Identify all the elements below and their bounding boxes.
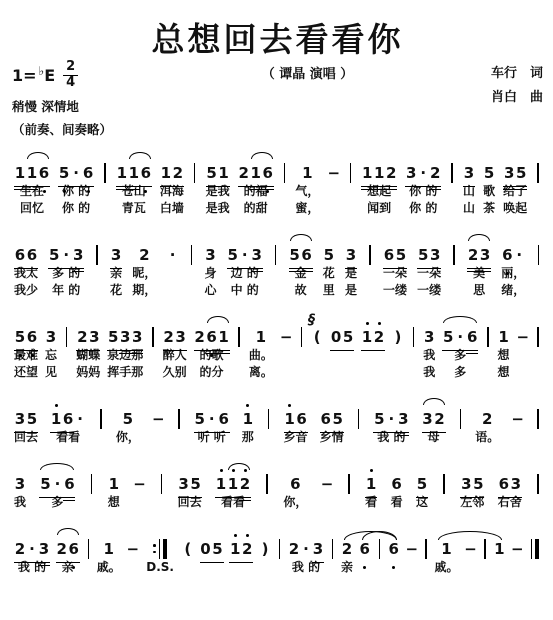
underline-beam (503, 186, 527, 187)
barline-thin (358, 409, 360, 429)
barline (369, 245, 371, 299)
barline-single (358, 409, 360, 429)
note-char: 5 (289, 245, 301, 265)
barline (531, 539, 539, 576)
barline-single (238, 327, 240, 347)
note-char: 5 (26, 409, 38, 429)
note-char: 1 (242, 409, 254, 429)
underline-beam (463, 186, 475, 187)
note-char: ) (259, 539, 271, 559)
note-chars: 56 (289, 245, 313, 265)
barline (96, 245, 98, 299)
notes-row (379, 539, 381, 559)
barline-single (443, 474, 445, 494)
note-char: 3 (72, 245, 84, 265)
note-chars: 35 (460, 474, 484, 494)
underline-beam (466, 353, 478, 354)
note-group: 1想 (108, 474, 120, 511)
segno-icon: § (308, 310, 315, 330)
note-group: 3我我 (423, 327, 435, 381)
notes-row: 216 (238, 163, 274, 183)
note-char: 2 (172, 163, 184, 183)
note-group: − (280, 327, 292, 381)
notes-row: 2 (341, 539, 353, 559)
barline-thin (443, 474, 445, 494)
barline (238, 327, 240, 381)
underline-beam (56, 562, 80, 563)
note-char: 5 (417, 245, 429, 265)
note-chars: − (152, 409, 164, 429)
tie-arc (438, 531, 502, 540)
underline-beam (215, 497, 251, 498)
note-group: 65一朵一缕 (383, 245, 407, 299)
note-group: 05 (200, 539, 224, 576)
underline-beam (107, 350, 143, 351)
notes-row: 3 (204, 245, 216, 265)
note-group: 2·3我 的 (14, 539, 50, 576)
barline-thin (369, 245, 371, 265)
note-chars: − (133, 474, 145, 494)
note-chars: − (327, 163, 339, 183)
barline-single (332, 539, 334, 559)
underline-beam (251, 271, 263, 272)
notes-row: 5·6 (39, 474, 75, 494)
note-char: 5 (442, 327, 454, 347)
barline-single (100, 409, 102, 429)
note-char: 1 (116, 163, 128, 183)
note-char: ) (392, 327, 404, 347)
note-char: − (511, 539, 523, 559)
note-group: 1曲。离。 (249, 327, 273, 381)
lyric-syllable: 思 (473, 282, 485, 299)
lyric-syllable: 挥手那 (107, 364, 143, 381)
note-char: 1 (128, 163, 140, 183)
note-chars: 5·6 (39, 474, 75, 494)
lyric-syllable: 你， (116, 429, 140, 446)
octave-dot-low (392, 566, 395, 569)
note-chars: 26 (56, 539, 80, 559)
note-char: · (60, 245, 72, 265)
underline-beam (383, 268, 407, 269)
note-char: 0 (200, 539, 212, 559)
note-group: − (406, 539, 418, 576)
note-group: − (152, 409, 164, 446)
barline (358, 409, 360, 446)
notes-row: − (464, 539, 476, 559)
octave-dot-low (72, 566, 75, 569)
notes-row: 1 (255, 327, 267, 347)
note-char: · (239, 245, 251, 265)
note-char: 6 (140, 163, 152, 183)
notes-row (238, 327, 240, 347)
slur-arc (129, 152, 151, 159)
note-char: 3 (423, 327, 435, 347)
barline-thick (163, 539, 167, 559)
underline-beam (289, 271, 313, 272)
note-chars: 12 (229, 539, 253, 559)
notes-row: 2·3 (14, 539, 50, 559)
barline-repeat (153, 539, 167, 559)
note-group: 3山山 (463, 163, 475, 217)
notes-row: 35 (460, 474, 484, 494)
note-char: 1 (373, 163, 385, 183)
octave-dot-low (31, 354, 34, 357)
note-chars: 66 (14, 245, 38, 265)
notes-row: 6· (501, 245, 525, 265)
note-group: 216的福的甜 (238, 163, 274, 217)
barline-single (275, 245, 277, 265)
barline (178, 409, 180, 446)
note-chars: 116 (14, 163, 50, 183)
underline-beam (397, 435, 409, 436)
notes-row (350, 163, 352, 183)
underline-beam (58, 186, 94, 187)
barline-thin (451, 163, 453, 183)
underline-beam (498, 497, 522, 498)
barline-thin (537, 474, 539, 494)
note-char: · (513, 245, 525, 265)
note-group: 116苍山青瓦 (116, 163, 152, 217)
note-group: ( (182, 539, 194, 576)
sheet-music-page: { "header": { "title": "总想回去看看你", "subti… (0, 0, 553, 620)
underline-beam (76, 350, 100, 351)
underline-beam (227, 268, 263, 269)
note-char: 3 (397, 409, 409, 429)
barline-thin (178, 409, 180, 429)
underline-beam (178, 497, 202, 498)
note-char: 3 (131, 327, 143, 347)
barline-single (537, 474, 539, 494)
notes-row: 116 (116, 163, 152, 183)
lyric-syllable: 心 (204, 282, 216, 299)
notes-row (460, 409, 462, 429)
notes-row (538, 245, 540, 265)
notes-row: 05 (330, 327, 354, 347)
notes-row (191, 245, 193, 265)
lyric-syllable: 山 (463, 200, 475, 217)
underline-beam (160, 186, 184, 187)
notes-row: 1 (301, 163, 313, 183)
notes-row (104, 163, 106, 183)
note-chars: 56 (14, 327, 38, 347)
song-title: 总想回去看看你 (12, 22, 543, 58)
notes-row: 65 (320, 409, 344, 429)
note-char: 6 (289, 474, 301, 494)
lyric-syllable: 花 (110, 282, 122, 299)
barline-thin (537, 327, 539, 347)
note-group: ) (259, 539, 271, 576)
barline-thin (350, 163, 352, 183)
note-chars: 1 (441, 539, 453, 559)
note-group: 261的歌的分 (194, 327, 230, 381)
note-chars: 65 (383, 245, 407, 265)
note-char: 6 (26, 245, 38, 265)
note-group: 63右舍 (498, 474, 522, 511)
key-signature: 1=♭E 2 4 (12, 60, 182, 90)
barline-single (161, 474, 163, 494)
note-chars: 05 (200, 539, 224, 559)
note-char: 6 (206, 327, 218, 347)
lyric-syllable: 绪， (501, 282, 525, 299)
note-chars: 12 (361, 327, 385, 347)
barline (100, 409, 102, 446)
note-chars: 23 (467, 245, 491, 265)
notes-row (268, 409, 270, 429)
note-chars: (§ (311, 327, 323, 347)
note-char: 1 (218, 163, 230, 183)
lyricist: 车行 词 (433, 62, 543, 85)
note-chars: 2 (138, 245, 150, 265)
note-group: 3·2你 的你 的 (405, 163, 441, 217)
barline-single (152, 327, 154, 347)
lyric-syllable: 故 (295, 282, 307, 299)
notes-row: 3 (463, 163, 475, 183)
note-char: 6 (383, 245, 395, 265)
underline-beam (48, 268, 84, 269)
lyric-syllable: 年 的 (52, 282, 80, 299)
note-char: 2 (341, 539, 353, 559)
notes-row: 23 (467, 245, 491, 265)
notes-row: 5 (122, 409, 134, 429)
note-group: 1想想 (498, 327, 510, 381)
notes-row: · (167, 245, 179, 265)
underline-beam (163, 350, 187, 351)
underline-beam (330, 350, 354, 351)
barline-single (413, 327, 415, 347)
slur-arc (443, 316, 477, 323)
underline-beam (361, 189, 397, 190)
barline-thick (535, 539, 539, 559)
note-chars: 3 (110, 245, 122, 265)
barline (348, 474, 350, 511)
note-char: 1 (493, 539, 505, 559)
underline-beam (312, 562, 324, 563)
intro-note: （前奏、间奏略） (12, 120, 182, 138)
notes-row: 5·6 (58, 163, 94, 183)
note-chars: 5 (416, 474, 428, 494)
note-char: 5 (373, 409, 385, 429)
note-chars: 23 (76, 327, 100, 347)
barline (191, 245, 193, 299)
note-chars: 2·3 (14, 539, 50, 559)
barline (268, 409, 270, 446)
octave-dot-high (234, 534, 237, 537)
barline-thin (266, 474, 268, 494)
repeat-dot (153, 551, 156, 554)
note-chars: 1 (301, 163, 313, 183)
barline-thin (487, 327, 489, 347)
octave-dot-high (288, 404, 291, 407)
note-char: 5 (416, 474, 428, 494)
underline-beam (50, 432, 74, 433)
note-group: 3身心 (204, 245, 216, 299)
note-char: 6 (62, 409, 74, 429)
note-chars: 5·3 (48, 245, 84, 265)
note-group: 6你， (283, 474, 307, 511)
lyric-syllable: 里 (323, 282, 335, 299)
barline-single (460, 409, 462, 429)
note-char: − (464, 539, 476, 559)
notes-row (443, 474, 445, 494)
note-chars: 3 (345, 245, 357, 265)
note-char: 1 (160, 163, 172, 183)
note-char: 5 (58, 163, 70, 183)
lyric-syllable: 一缕 (383, 282, 407, 299)
lyric-syllable: 想 (498, 364, 510, 381)
note-char: 6 (63, 474, 75, 494)
underline-beam (14, 432, 38, 433)
note-group: 16·看看 (50, 409, 86, 446)
note-chars: 35 (14, 409, 38, 429)
note-char: 2 (434, 409, 446, 429)
note-group: − (464, 539, 476, 576)
underline-beam (116, 189, 140, 190)
underline-beam (442, 350, 478, 351)
note-char: 1 (229, 539, 241, 559)
octave-dot-high (366, 322, 369, 325)
note-chars: 1 (242, 409, 254, 429)
note-char: 3 (45, 327, 57, 347)
barline-thin (537, 409, 539, 429)
note-char: 1 (50, 409, 62, 429)
note-char: 1 (14, 163, 26, 183)
underline-beam (119, 353, 143, 354)
barline (537, 163, 539, 217)
barline-thin (460, 409, 462, 429)
note-char: 1 (498, 327, 510, 347)
note-group: 1气，蜜， (295, 163, 319, 217)
underline-beam (503, 189, 527, 190)
lyric-syllable: D.S. (146, 559, 174, 576)
note-char: 5 (395, 245, 407, 265)
barline (284, 163, 286, 217)
lyric-syllable: 的分 (200, 364, 224, 381)
note-chars: ( (182, 539, 194, 559)
flat-icon: ♭ (39, 64, 45, 78)
note-chars: 2·3 (288, 539, 324, 559)
note-group: 66我太我少 (14, 245, 38, 299)
note-char: · (454, 327, 466, 347)
octave-dot-high (246, 404, 249, 407)
notes-row: 6 (359, 539, 371, 559)
notes-row: − (321, 474, 333, 494)
notes-row: 3 (14, 474, 26, 494)
note-char: − (127, 539, 139, 559)
barline (301, 327, 303, 381)
barline-single (266, 474, 268, 494)
barline-thin (191, 245, 193, 265)
octave-dot-high (378, 322, 381, 325)
barline-final (531, 539, 539, 559)
lyric-syllable: 花 (323, 265, 335, 282)
underline-beam (116, 186, 152, 187)
lyric-syllable: 久别 (163, 364, 187, 381)
barline-thin (268, 409, 270, 429)
note-char: 6 (301, 245, 313, 265)
lyric-syllable: 那 (242, 429, 254, 446)
underline-beam (229, 562, 253, 563)
note-group: 112想起闻到 (361, 163, 397, 217)
underline-beam (206, 186, 230, 187)
lyric-syllable: 是我 (206, 200, 230, 217)
note-group: 6·丽，绪， (501, 245, 525, 299)
note-char: 2 (194, 327, 206, 347)
barline-single (268, 409, 270, 429)
note-chars: 116 (116, 163, 152, 183)
note-group: − (511, 539, 523, 576)
underline-beam (373, 432, 409, 433)
note-char: · (300, 539, 312, 559)
note-char: 2 (239, 474, 251, 494)
notes-row: 5·6 (194, 409, 230, 429)
notes-row (451, 163, 453, 183)
notes-row: 1 (365, 474, 377, 494)
note-char: 3 (479, 245, 491, 265)
note-chars: 53 (417, 245, 441, 265)
note-group: 35回去 (178, 474, 202, 511)
note-group: 116生在回忆 (14, 163, 50, 217)
note-chars: · (167, 245, 179, 265)
note-chars: ) (392, 327, 404, 347)
lyric-syllable: 语。 (475, 429, 499, 446)
lyric-syllable: 的甜 (244, 200, 268, 217)
note-chars: − (464, 539, 476, 559)
score: 116生在回忆5·6你 的你 的116苍山青瓦12洱海白墙51是我是我216的福… (12, 148, 543, 576)
note-group: − (516, 327, 528, 381)
note-chars: 112 (215, 474, 251, 494)
underline-beam (361, 186, 397, 187)
barline-single (284, 163, 286, 183)
barline (484, 539, 486, 576)
note-group: 6 (359, 539, 371, 576)
note-char: 3 (119, 327, 131, 347)
note-char: 3 (38, 539, 50, 559)
repeat-dot (153, 544, 156, 547)
note-chars: 23 (163, 327, 187, 347)
notes-row: 261 (194, 327, 230, 347)
barline-thin (379, 539, 381, 559)
slur-arc (423, 398, 445, 405)
slur-arc (27, 152, 49, 159)
note-char: 2 (429, 163, 441, 183)
lyric-syllable: 曲。 (249, 347, 273, 364)
notes-row: 05 (200, 539, 224, 559)
note-group: − (327, 163, 339, 217)
notes-row: − (280, 327, 292, 347)
note-char: 1 (215, 474, 227, 494)
note-char: 2 (14, 539, 26, 559)
score-line: 2·3我 的26亲1戚。−D.S.(0512)2·3我 的2亲66−1戚。−1− (12, 524, 543, 576)
underline-beam (422, 432, 446, 433)
note-char: 5 (14, 327, 26, 347)
barline-single (91, 474, 93, 494)
barline-thin (238, 327, 240, 347)
notes-row: 35 (178, 474, 202, 494)
lyric-syllable: 离。 (249, 364, 273, 381)
tempo-marking: 稍慢 深情地 (12, 97, 182, 115)
note-char: 3 (510, 474, 522, 494)
underline-beam (320, 432, 344, 433)
barline-thin (66, 327, 68, 347)
credits: 车行 词 肖白 曲 (433, 62, 543, 109)
notes-row: 2 (138, 245, 150, 265)
notes-row: 112 (215, 474, 251, 494)
note-char: 3 (503, 163, 515, 183)
underline-beam (206, 353, 230, 354)
lyric-syllable: 我 (423, 364, 435, 381)
note-char: · (385, 409, 397, 429)
notes-row: 116 (14, 163, 50, 183)
